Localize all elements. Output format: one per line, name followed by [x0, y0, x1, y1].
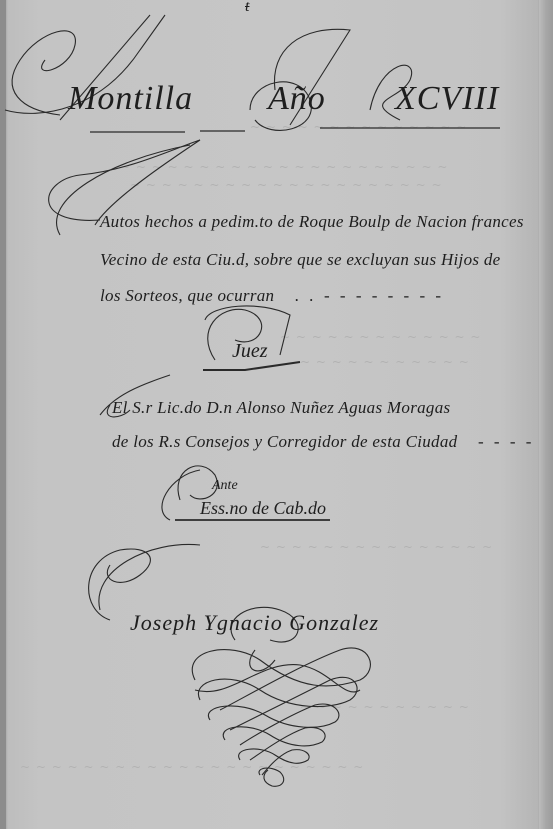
judge-line-2: de los R.s Consejos y Corregidor de esta…: [112, 432, 457, 452]
case-summary-line-1: Autos hechos a pedim.to de Roque Boulp d…: [100, 212, 524, 232]
judge-heading: Juez: [232, 340, 268, 363]
folio-mark: t: [245, 0, 249, 16]
case-summary-line-2: Vecino de esta Ciu.d, sobre que se exclu…: [100, 250, 500, 270]
notary-heading: Ante: [212, 478, 238, 494]
judge-line-1: El S.r Lic.do D.n Alonso Nuñez Aguas Mor…: [112, 398, 450, 418]
header-year-label: Año: [268, 80, 326, 118]
signature-name: Joseph Ygnacio Gonzalez: [130, 610, 379, 636]
notary-subheading: Ess.no de Cab.do: [200, 498, 326, 519]
case-summary-dashes: . . - - - - - - - -: [295, 286, 444, 306]
case-summary-line-3: los Sorteos, que ocurran: [100, 286, 274, 306]
manuscript-page: ~ ~ ~ ~ ~ ~ ~ ~ ~ ~ ~ ~ ~ ~ ~ ~ ~ ~ ~ ~ …: [0, 0, 553, 829]
header-place: Montilla: [68, 80, 193, 118]
header-year-roman: XCVIII: [395, 80, 499, 118]
judge-dashes: - - - -: [478, 432, 534, 452]
